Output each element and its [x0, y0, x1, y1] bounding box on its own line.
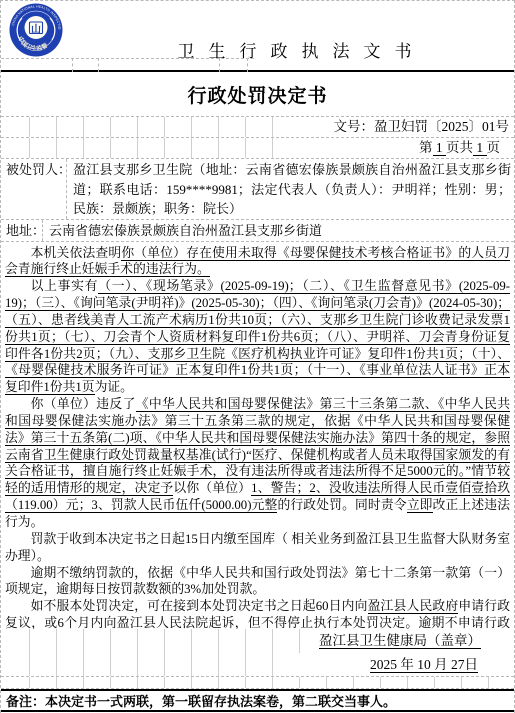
doc-number-row: 文号：盈卫妇罚〔2025〕01号: [1, 117, 514, 138]
payment-paragraph: 罚款于收到本决定书之日起15日内缴至国库（ 相关业务到盈江县卫生监督大队财务室办…: [5, 531, 510, 565]
china-health-inspection-seal-icon: 山 CHINA NATIONAL HEALTH INSPECTION 中国卫生监…: [9, 3, 63, 57]
penalty-decision-document: 山 CHINA NATIONAL HEALTH INSPECTION 中国卫生监…: [0, 0, 515, 713]
evidence-paragraph: 以上事实有（一）、《现场笔录》(2025-09-19)；（二）、《卫生监督意见书…: [5, 278, 510, 396]
empty-form-cells: [3, 677, 514, 688]
address-label: 地址：: [1, 220, 43, 241]
empty-form-cells: [3, 653, 293, 676]
punished-party-label: 被处罚人：: [1, 159, 67, 219]
agency-signature: 盈江县卫生健康局（盖章）: [319, 633, 481, 649]
empty-form-cells: [3, 117, 283, 137]
grid-line: [1, 58, 254, 59]
grid-line: [72, 58, 73, 72]
appeal-paragraph: 如不服本处罚决定，可在接到本处罚决定书之日起60日内向盈江县人民政府申请行政复议…: [5, 598, 510, 628]
remark-text: 备注：本决定书一式两联，第一联留存执法案卷，第二联交当事人。: [6, 694, 396, 709]
document-header: 山 CHINA NATIONAL HEALTH INSPECTION 中国卫生监…: [1, 1, 514, 72]
pagination-text: 第 1 页共 1 页: [419, 140, 500, 156]
doc-number-value: 盈卫妇罚〔2025〕01号: [374, 119, 509, 134]
facts-paragraph: 本机关依法查明你（单位）存在使用未取得《母婴保健技术考核合格证书》的人员刀会青施…: [5, 245, 510, 279]
decision-body: 本机关依法查明你（单位）存在使用未取得《母婴保健技术考核合格证书》的人员刀会青施…: [1, 242, 514, 629]
title-row: 行政处罚决定书: [1, 72, 514, 117]
empty-form-cells: [3, 629, 303, 653]
decision-date-row: 2025 年 10 月 27日: [1, 653, 514, 677]
punished-party-row: 被处罚人： 盈江县支那乡卫生院（地址：云南省德宏傣族景颇族自治州盈江县支那乡街道…: [1, 159, 514, 220]
punished-party-value: 盈江县支那乡卫生院（地址：云南省德宏傣族景颇族自治州盈江县支那乡街道；联系电话：…: [67, 159, 514, 219]
page-title: 行政处罚决定书: [187, 81, 327, 108]
address-value: 云南省德宏傣族景颇族自治州盈江县支那乡街道: [43, 220, 514, 241]
grid-line: [219, 58, 220, 72]
address-row: 地址： 云南省德宏傣族景颇族自治州盈江县支那乡街道: [1, 220, 514, 242]
grid-line: [98, 58, 99, 72]
grid-line: [247, 58, 248, 72]
pagination-row: 第 1 页共 1 页: [1, 138, 514, 159]
seal-emblem-glyph: 山: [31, 23, 41, 36]
empty-form-cells: [3, 138, 283, 158]
doc-number-label: 文号：: [334, 119, 375, 134]
late-payment-paragraph: 逾期不缴纳罚款的，依据《中华人民共和国行政处罚法》第七十二条第一款第（一）项规定…: [5, 565, 510, 599]
penalty-paragraph: 你（单位）违反了《中华人民共和国母婴保健法》第三十三条第二款、《中华人民共和国母…: [5, 396, 510, 531]
decision-date: 2025 年 10 月 27日: [370, 657, 478, 673]
remark-row: 备注：本决定书一式两联，第一联留存执法案卷，第二联交当事人。: [1, 689, 514, 712]
agency-signature-row: 盈江县卫生健康局（盖章）: [1, 629, 514, 653]
filler-row: [1, 677, 514, 689]
